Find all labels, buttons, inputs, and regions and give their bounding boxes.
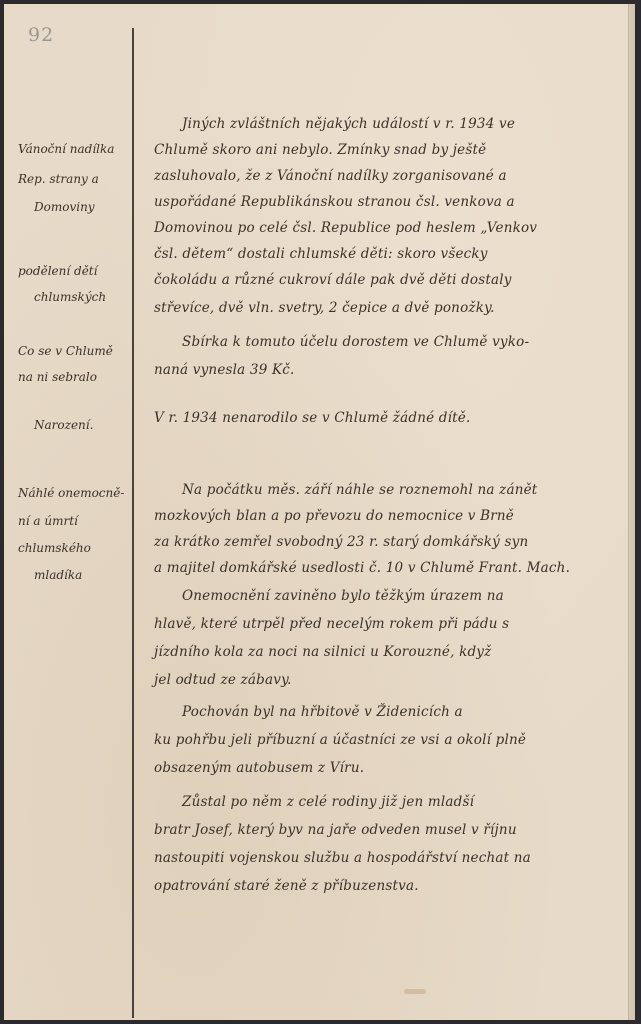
margin-note-3-line-2: na ni sebralo [18, 370, 97, 384]
margin-note-3-line-1: Co se v Chlumě [18, 344, 113, 358]
body-line: nastoupiti vojenskou službu a hospodářst… [154, 850, 531, 866]
body-line: a majitel domkářské usedlosti č. 10 v Ch… [154, 560, 570, 576]
body-line: opatrování staré ženě z příbuzenstva. [154, 878, 419, 894]
body-line: Sbírka k tomuto účelu dorostem ve Chlumě… [182, 334, 529, 350]
page-edge [628, 4, 635, 1020]
margin-note-2-line-2: chlumských [34, 290, 106, 304]
body-line: obsazeným autobusem z Víru. [154, 760, 364, 776]
chronicle-page: 92 Vánoční nadílka Rep. strany a Domovin… [4, 4, 635, 1020]
margin-note-1-line-2: Rep. strany a [18, 172, 99, 186]
body-line: ku pohřbu jeli příbuzní a účastníci ze v… [154, 732, 526, 748]
body-line: zasluhovalo, že z Vánoční nadílky zorgan… [154, 168, 507, 184]
body-line: Domovinou po celé čsl. Republice pod hes… [154, 220, 537, 236]
margin-note-1-line-3: Domoviny [34, 200, 95, 214]
body-line: Chlumě skoro ani nebylo. Zmínky snad by … [154, 142, 486, 158]
body-line: Na počátku měs. září náhle se roznemohl … [182, 482, 537, 498]
body-line: bratr Josef, který byv na jaře odveden m… [154, 822, 517, 838]
body-line: střevíce, dvě vln. svetry, 2 čepice a dv… [154, 300, 495, 316]
paper-stain [404, 989, 426, 994]
body-line: Pochován byl na hřbitově v Židenicích a [182, 704, 463, 720]
body-line: čsl. dětem“ dostali chlumské děti: skoro… [154, 246, 488, 262]
margin-note-5-line-2: ní a úmrtí [18, 514, 78, 528]
body-line: uspořádané Republikánskou stranou čsl. v… [154, 194, 515, 210]
margin-note-4: Narození. [34, 418, 93, 432]
body-line: hlavě, které utrpěl před necelým rokem p… [154, 616, 509, 632]
body-line: čokoládu a různé cukroví dále pak dvě dě… [154, 272, 512, 288]
margin-note-2-line-1: podělení dětí [18, 264, 97, 278]
body-line: Onemocnění zaviněno bylo těžkým úrazem n… [182, 588, 504, 604]
body-line: jízdního kola za noci na silnici u Korou… [154, 644, 491, 660]
margin-note-5-line-4: mladíka [34, 568, 82, 582]
body-line: Zůstal po něm z celé rodiny již jen mlad… [182, 794, 474, 810]
body-line: naná vynesla 39 Kč. [154, 362, 295, 378]
body-line: za krátko zemřel svobodný 23 r. starý do… [154, 534, 528, 550]
margin-rule [132, 28, 134, 1018]
margin-note-1-line-1: Vánoční nadílka [18, 142, 114, 156]
margin-note-5-line-3: chlumského [18, 541, 91, 555]
margin-note-5-line-1: Náhlé onemocně- [18, 486, 124, 500]
body-line: Jiných zvláštních nějakých událostí v r.… [182, 116, 515, 132]
body-line: V r. 1934 nenarodilo se v Chlumě žádné d… [154, 410, 470, 426]
body-line: jel odtud ze zábavy. [154, 672, 292, 688]
page-number: 92 [28, 24, 54, 46]
body-line: mozkových blan a po převozu do nemocnice… [154, 508, 514, 524]
